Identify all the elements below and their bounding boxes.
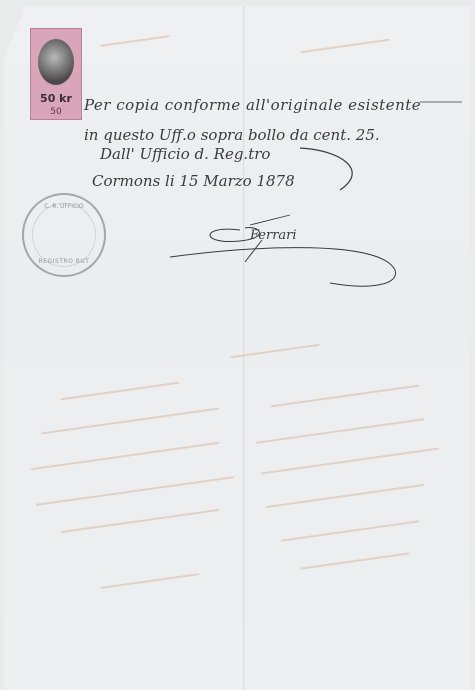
signature-flourish — [0, 0, 475, 690]
signature: Ferrari — [250, 228, 297, 243]
